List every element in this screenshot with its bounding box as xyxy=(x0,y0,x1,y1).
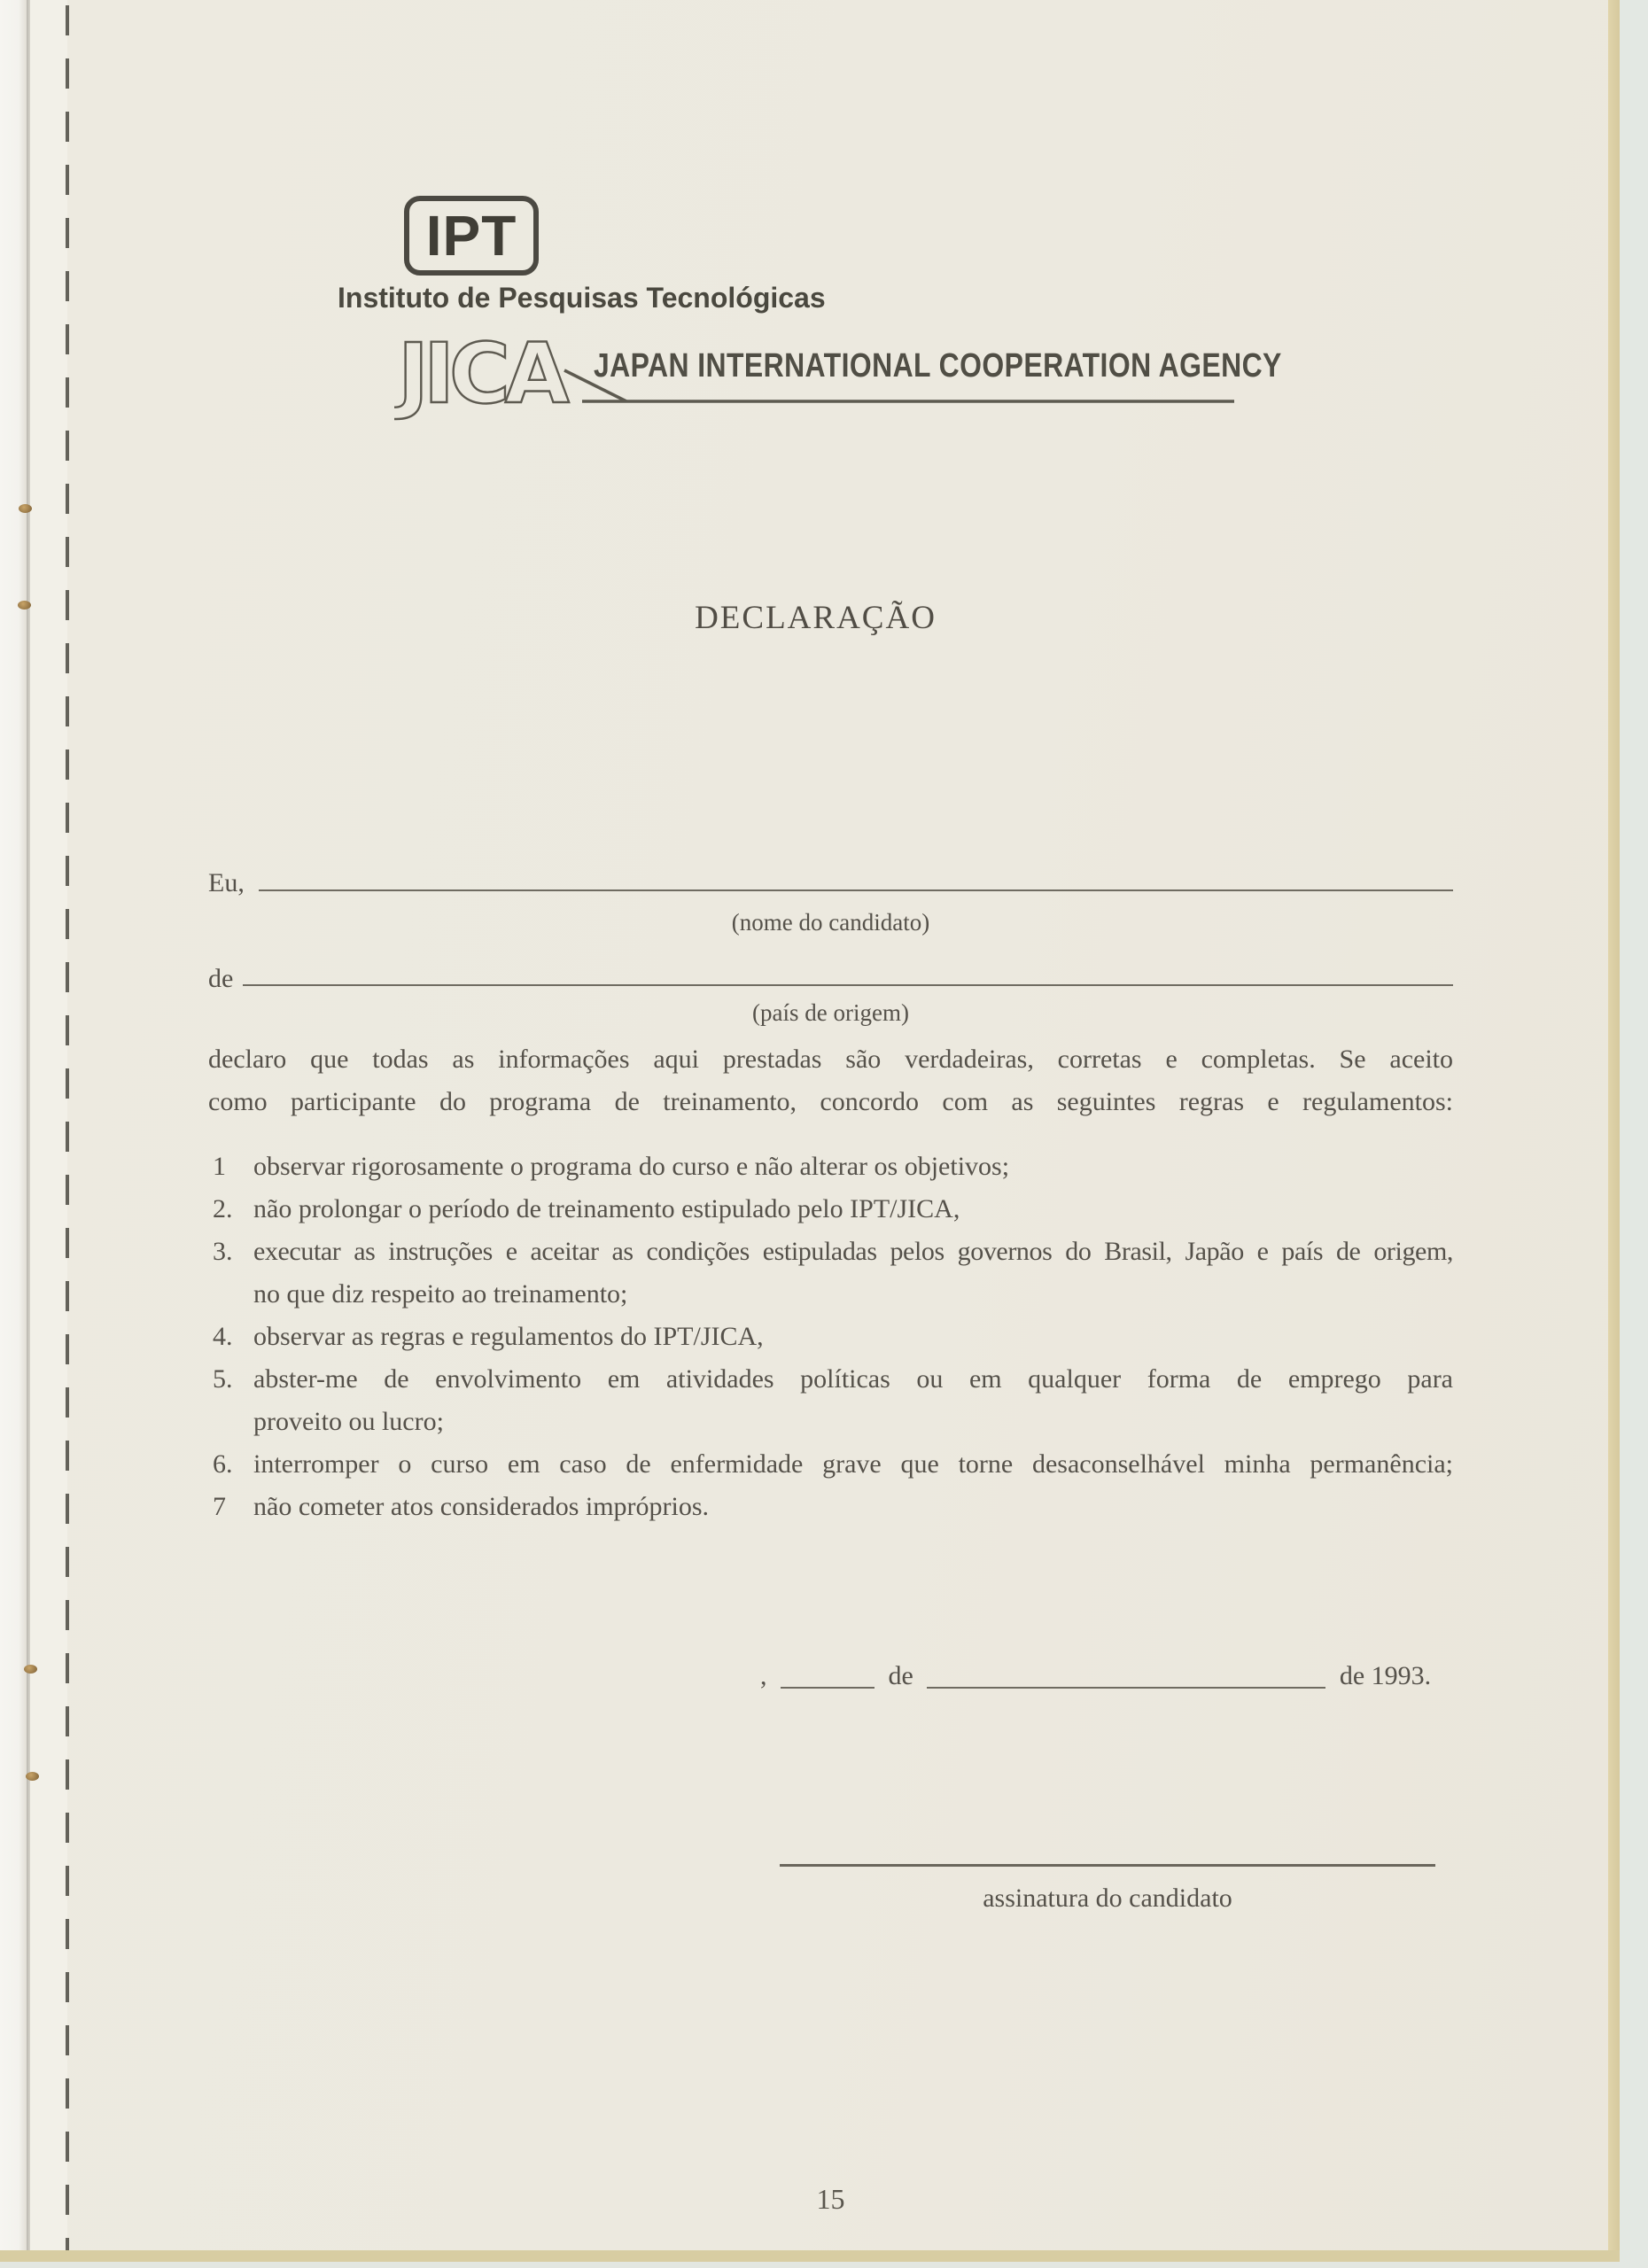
rule-number: 3. xyxy=(213,1231,253,1316)
binding-dashed-line xyxy=(66,5,69,2268)
date-de-label: de xyxy=(889,1661,913,1690)
rule-text: não prolongar o período de treinamento e… xyxy=(253,1188,1453,1231)
ipt-institute-name: Instituto de Pesquisas Tecnológicas xyxy=(338,282,826,315)
name-field-line[interactable] xyxy=(259,889,1453,891)
rule-number: 5. xyxy=(213,1358,253,1443)
rule-item-2: 2. não prolongar o período de treinament… xyxy=(213,1188,1453,1231)
rule-text: proveito ou lucro; xyxy=(253,1401,1453,1443)
rule-item-1: 1 observar rigorosamente o programa do c… xyxy=(213,1146,1453,1188)
rule-text: não cometer atos considerados impróprios… xyxy=(253,1486,1453,1528)
bottom-page-edge xyxy=(0,2250,1620,2262)
ipt-logo: IPT xyxy=(404,196,539,276)
date-day-blank[interactable] xyxy=(781,1680,875,1689)
signature-line[interactable] xyxy=(780,1864,1435,1867)
document-title: DECLARAÇÃO xyxy=(193,599,1438,637)
page-number: 15 xyxy=(208,2183,1453,2216)
ipt-logo-text: IPT xyxy=(426,203,517,268)
stitch-hole xyxy=(19,504,32,513)
rule-number: 7 xyxy=(213,1486,253,1528)
stitch-hole xyxy=(24,1665,37,1674)
rule-item-3: 3. executar as instruções e aceitar as c… xyxy=(213,1231,1453,1316)
rule-item-5: 5. abster-me de envolvimento em atividad… xyxy=(213,1358,1453,1443)
date-comma: , xyxy=(760,1661,767,1690)
rule-text: no que diz respeito ao treinamento; xyxy=(253,1273,1453,1316)
declaration-paragraph-line: como participante do programa de treinam… xyxy=(208,1081,1453,1123)
left-page-edge xyxy=(0,0,27,2268)
right-page-edge xyxy=(1608,0,1620,2268)
country-field-caption: (país de origem) xyxy=(208,999,1453,1027)
scanned-declaration-page: IPT Instituto de Pesquisas Tecnológicas … xyxy=(0,0,1648,2268)
country-field-line[interactable] xyxy=(243,984,1453,986)
jica-logo-text: JICA xyxy=(394,326,570,423)
country-field-label: de xyxy=(208,964,233,994)
rule-number: 4. xyxy=(213,1316,253,1358)
rule-item-6: 6. interromper o curso em caso de enferm… xyxy=(213,1443,1453,1486)
stitch-hole xyxy=(18,601,31,610)
rule-number: 2. xyxy=(213,1188,253,1231)
rule-item-7: 7 não cometer atos considerados imprópri… xyxy=(213,1486,1453,1528)
rule-number: 1 xyxy=(213,1146,253,1188)
rule-text: observar as regras e regulamentos do IPT… xyxy=(253,1316,1453,1358)
date-month-blank[interactable] xyxy=(927,1680,1325,1689)
declaration-paragraph-line: declaro que todas as informações aqui pr… xyxy=(208,1038,1453,1081)
declaration-paragraph: declaro que todas as informações aqui pr… xyxy=(208,1038,1453,1123)
rule-text: observar rigorosamente o programa do cur… xyxy=(253,1146,1453,1188)
stitch-hole xyxy=(26,1772,39,1781)
rule-item-4: 4. observar as regras e regulamentos do … xyxy=(213,1316,1453,1358)
name-field-label: Eu, xyxy=(208,868,245,898)
name-field-caption: (nome do candidato) xyxy=(208,909,1453,936)
rule-text: executar as instruções e aceitar as cond… xyxy=(253,1231,1453,1273)
scanner-background-bottom xyxy=(0,2262,1620,2268)
rule-number: 6. xyxy=(213,1443,253,1486)
date-year-text: de 1993. xyxy=(1340,1661,1431,1690)
left-margin-highlight xyxy=(30,0,67,2268)
signature-caption: assinatura do candidato xyxy=(780,1884,1435,1914)
date-line: , de de 1993. xyxy=(760,1658,1431,1694)
jica-agency-name: JAPAN INTERNATIONAL COOPERATION AGENCY xyxy=(594,347,1282,385)
rule-text: abster-me de envolvimento em atividades … xyxy=(253,1358,1453,1401)
rule-text: interromper o curso em caso de enfermida… xyxy=(253,1443,1453,1486)
scanner-background-right xyxy=(1620,0,1648,2268)
